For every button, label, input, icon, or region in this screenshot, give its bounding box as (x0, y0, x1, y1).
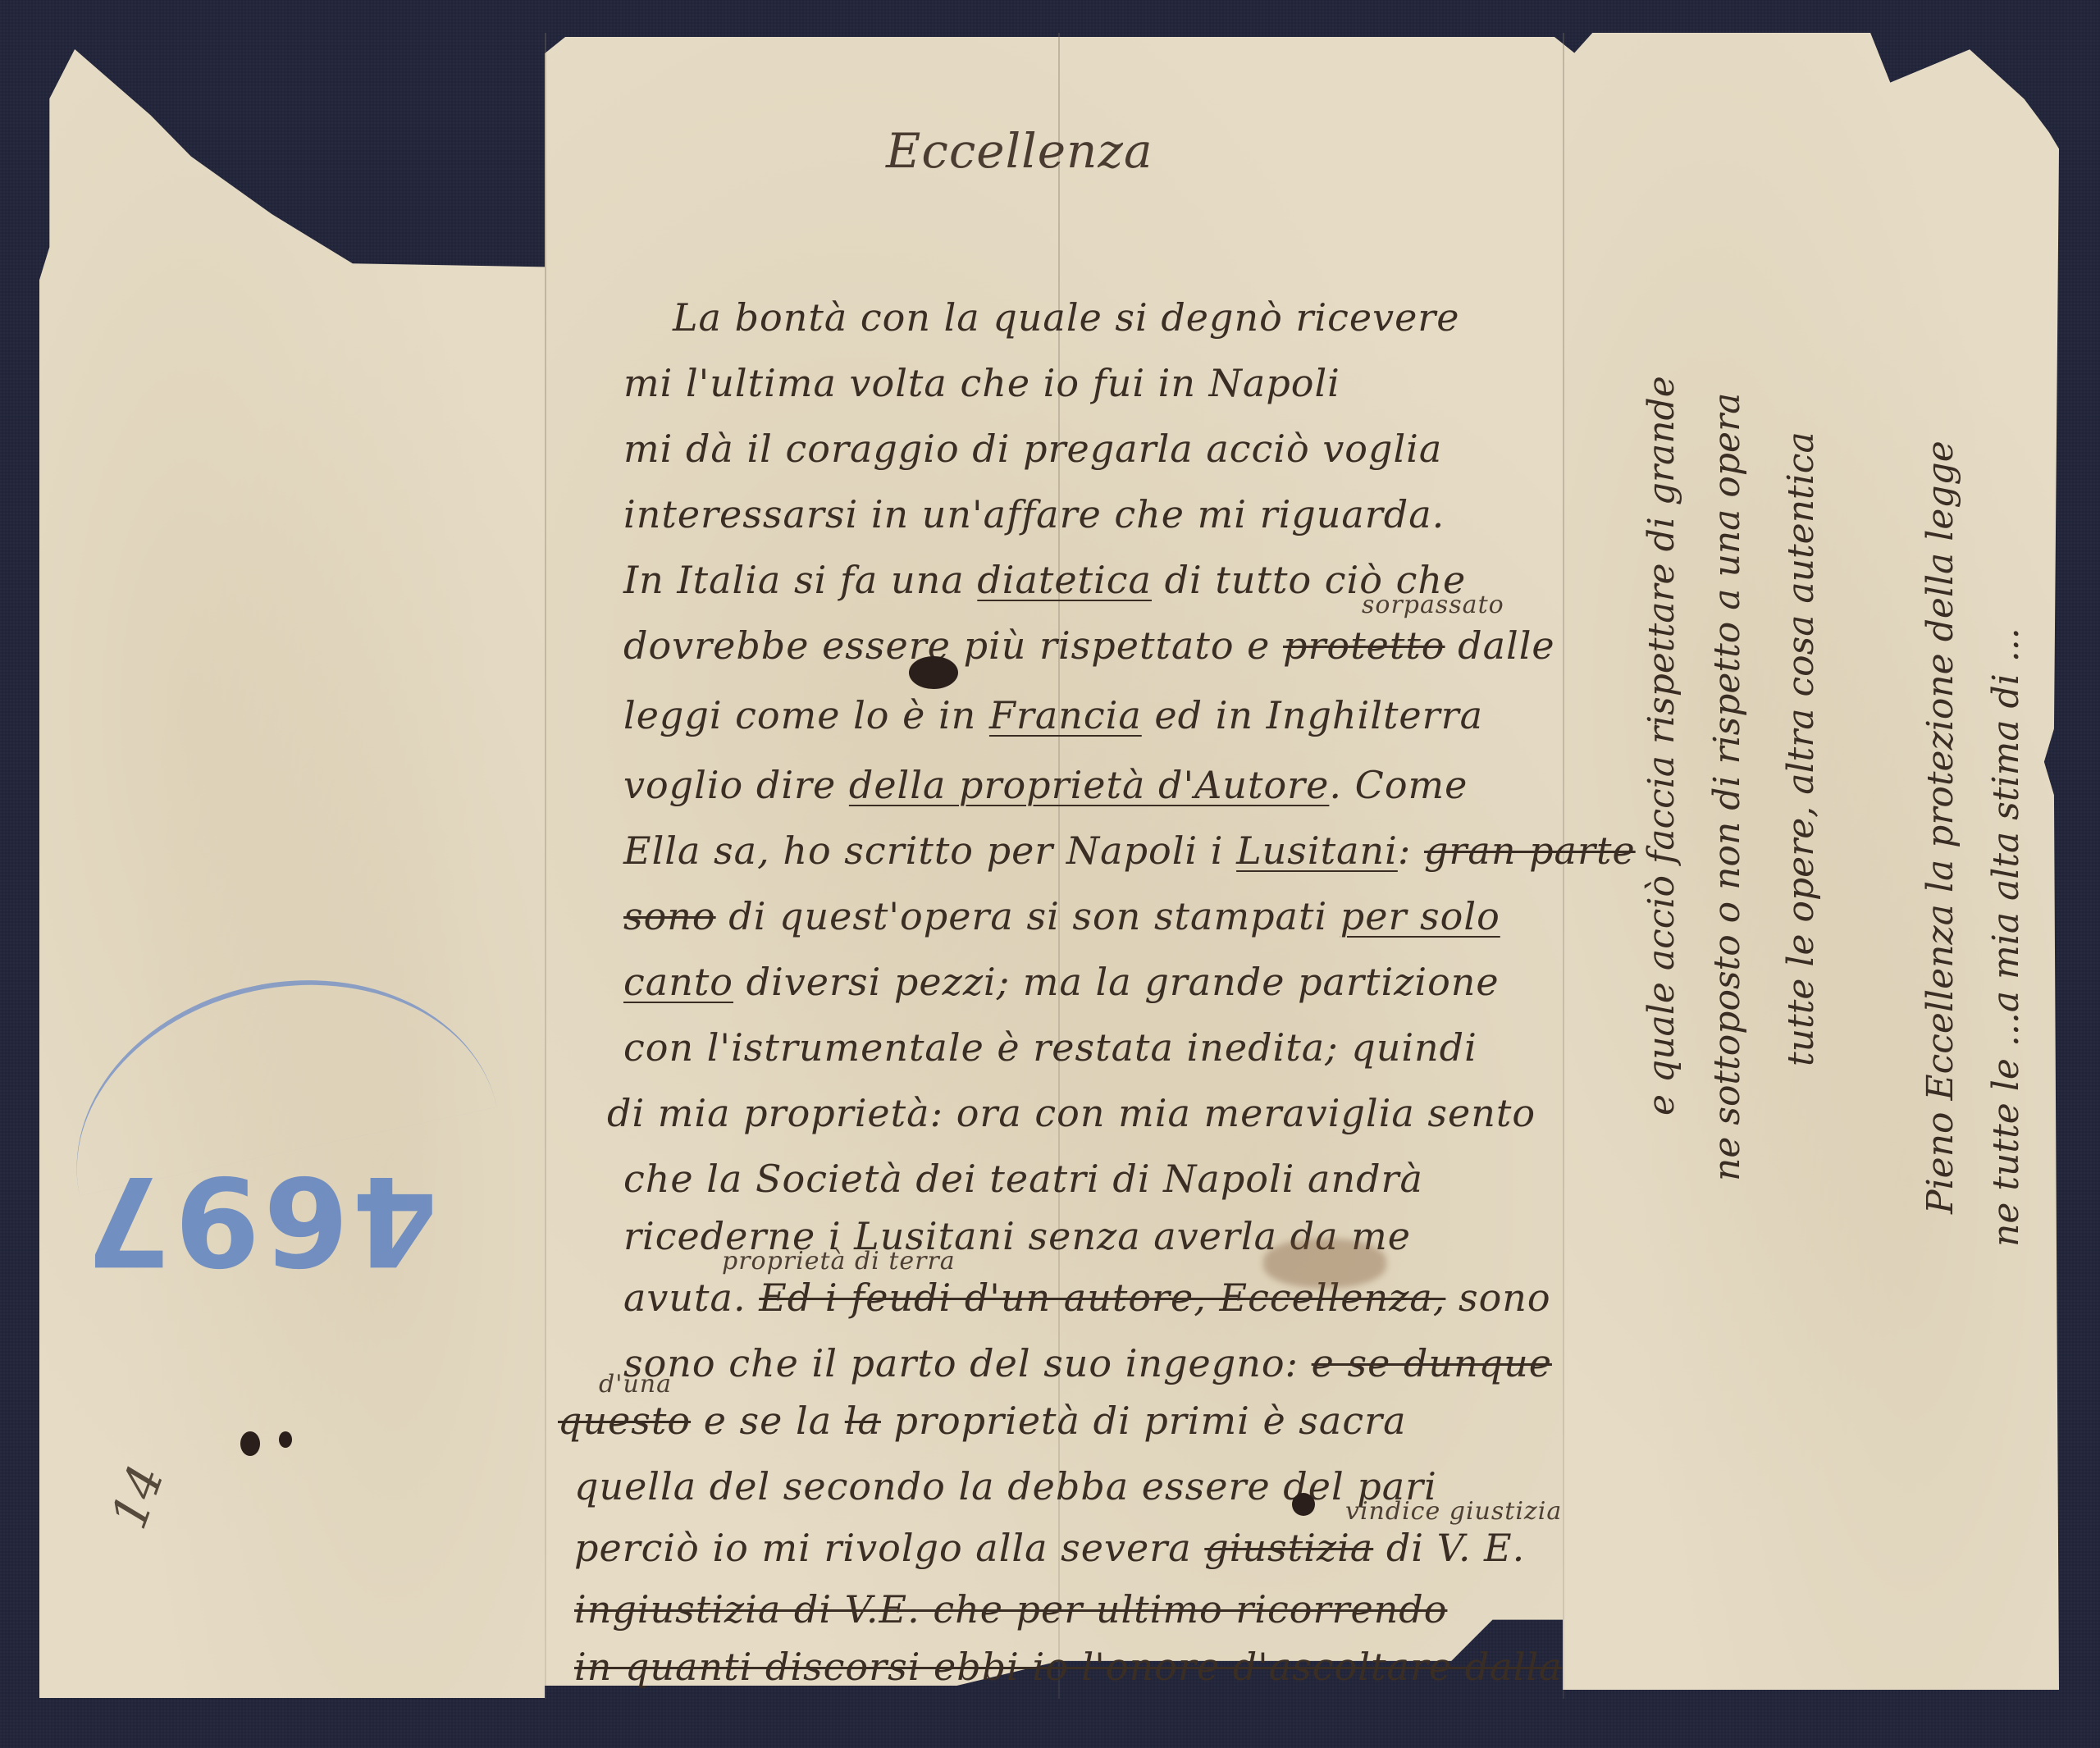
margin-note-line: tutte le opere, altra cosa autentica (1780, 431, 1822, 1066)
text-run: di V. E. (1373, 1526, 1525, 1570)
body-line: sono di quest'opera si son stampati per … (623, 894, 1500, 938)
text-run: e se la (691, 1399, 845, 1443)
body-line: In Italia si fa una diatetica di tutto c… (623, 558, 1466, 602)
body-line: con l'istrumentale è restata inedita; qu… (623, 1025, 1477, 1070)
body-line: mi dà il coraggio di pregarla acciò vogl… (623, 427, 1442, 471)
struck-word: giustizia (1204, 1526, 1373, 1570)
body-line: perciò io mi rivolgo alla severa giustiz… (574, 1526, 1525, 1570)
text-run: di quest'opera si son stampati (716, 894, 1340, 938)
text-run: sono (1445, 1276, 1550, 1320)
body-line: mi l'ultima volta che io fui in Napoli (623, 361, 1340, 405)
letter-salutation: Eccellenza (886, 123, 1153, 179)
text-run: diversi pezzi; ma la grande partizione (733, 960, 1500, 1004)
body-line: canto diversi pezzi; ma la grande partiz… (623, 960, 1500, 1004)
interlinear-correction: proprietà di terra (722, 1247, 956, 1276)
text-run: . Come (1329, 763, 1468, 807)
fold-line (545, 33, 546, 1699)
text-run: avuta. (623, 1276, 759, 1320)
underlined-word: diatetica (977, 558, 1152, 602)
body-line: La bontà con la quale si degnò ricevere (673, 295, 1460, 340)
ink-blot (279, 1431, 292, 1448)
text-run: In Italia si fa una (623, 558, 977, 602)
text-run: perciò io mi rivolgo alla severa (574, 1526, 1204, 1570)
body-line: Ella sa, ho scritto per Napoli i Lusitan… (623, 828, 1636, 873)
margin-note-line: Pieno Eccellenza la protezione della leg… (1920, 440, 1961, 1214)
ink-blot (1292, 1493, 1315, 1516)
body-line: di mia proprietà: ora con mia meraviglia… (607, 1091, 1536, 1135)
text-run: Ella sa, ho scritto per Napoli i (623, 828, 1236, 873)
text-run: leggi come lo è in (623, 693, 989, 737)
body-line: avuta. Ed i feudi d'un autore, Eccellenz… (623, 1276, 1551, 1320)
body-line: dovrebbe essere più rispettato e protett… (623, 623, 1555, 668)
text-run: sono che il parto del suo ingegno: (623, 1341, 1312, 1385)
body-line-struck: in quanti discorsi ebbi io l'onore d'asc… (574, 1645, 1563, 1689)
struck-word: questo (558, 1399, 691, 1443)
ink-blot (909, 656, 958, 689)
struck-word: protetto (1283, 623, 1445, 668)
body-line: sono che il parto del suo ingegno: e se … (623, 1341, 1552, 1385)
underlined-word: della proprietà d'Autore (849, 763, 1330, 807)
text-run: dalle (1445, 623, 1555, 668)
struck-word: sono (623, 894, 716, 938)
ink-blot (240, 1431, 260, 1456)
sheet-left-panel (39, 49, 545, 1698)
underlined-word: canto (623, 960, 733, 1004)
underlined-word: Lusitani (1236, 828, 1398, 873)
interlinear-correction: vindice giustizia (1345, 1497, 1562, 1526)
underlined-word: Francia (989, 693, 1142, 737)
text-run: : (1398, 828, 1424, 873)
catalog-number: 4697 (82, 1148, 437, 1291)
body-line: che la Società dei teatri di Napoli andr… (623, 1157, 1423, 1201)
body-line: interessarsi in un'affare che mi riguard… (623, 492, 1445, 536)
text-run: voglio dire (623, 763, 849, 807)
interlinear-correction: d'una (599, 1370, 672, 1399)
ink-smudge (1263, 1239, 1386, 1288)
struck-word: la (845, 1399, 881, 1443)
underlined-word: per solo (1340, 894, 1500, 938)
struck-word: e se dunque (1312, 1341, 1552, 1385)
body-line-struck: ingiustizia di V.E. che per ultimo ricor… (574, 1587, 1447, 1632)
text-run: ed in Inghilterra (1142, 693, 1483, 737)
text-run: dovrebbe essere più rispettato e (623, 623, 1283, 668)
body-line: leggi come lo è in Francia ed in Inghilt… (623, 693, 1483, 737)
margin-note-line: e quale acciò faccia rispettare di grand… (1641, 376, 1682, 1116)
body-line: voglio dire della proprietà d'Autore. Co… (623, 763, 1468, 807)
text-run: proprietà di primi è sacra (881, 1399, 1407, 1443)
struck-word: gran parte (1424, 828, 1636, 873)
interlinear-correction: sorpassato (1362, 591, 1504, 619)
margin-note-line: ne sottoposto o non di rispetto a una op… (1706, 393, 1748, 1181)
margin-note-line: ne tutte le ...a mia alta stima di ... (1985, 628, 2027, 1247)
body-line: questo e se la la proprietà di primi è s… (558, 1399, 1407, 1443)
